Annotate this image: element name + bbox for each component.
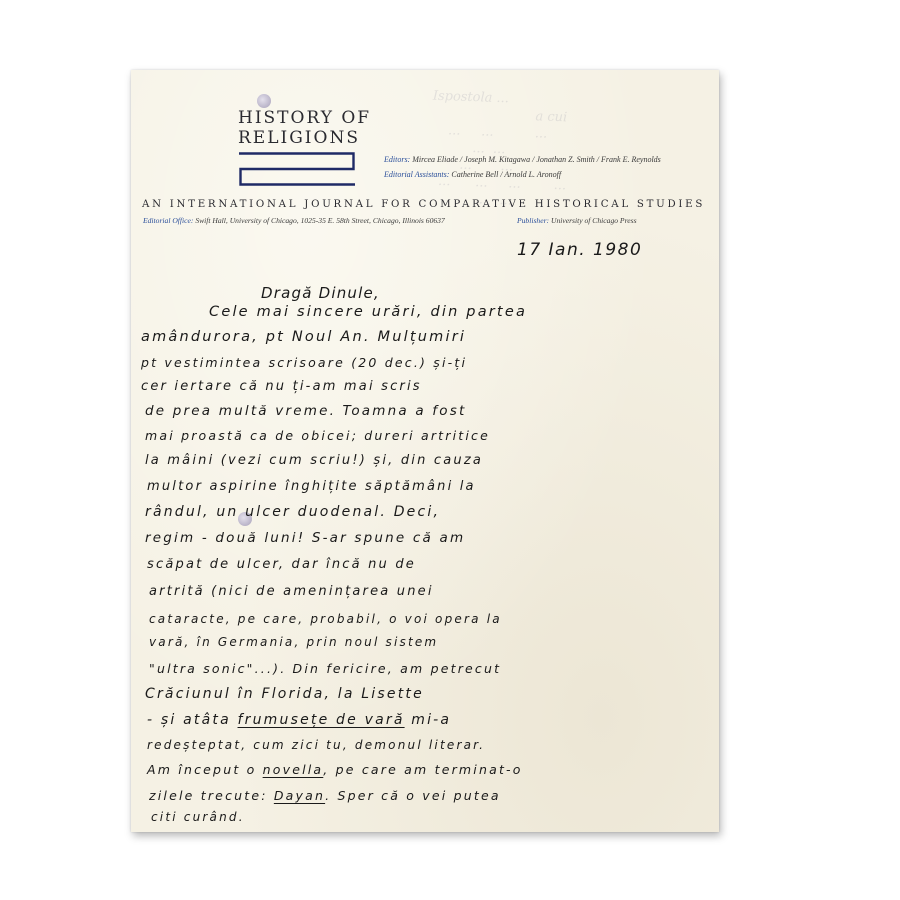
assistants-line: Editorial Assistants: Catherine Bell / A… — [384, 167, 661, 182]
assistants-label: Editorial Assistants: — [384, 170, 449, 179]
letter-line: Am început o novella, pe care am termina… — [147, 762, 523, 777]
journal-logo-icon — [239, 152, 355, 186]
journal-subtitle: AN INTERNATIONAL JOURNAL FOR COMPARATIVE… — [142, 199, 708, 210]
letter-line: Cele mai sincere urări, din partea — [209, 304, 527, 320]
letter-line: regim - două luni! S-ar spune că am — [145, 530, 465, 546]
letter-date: 17 Ian. 1980 — [517, 240, 642, 260]
letter-line: Crăciunul în Florida, la Lisette — [145, 686, 424, 702]
office-address: Swift Hall, University of Chicago, 1025-… — [195, 216, 444, 225]
editors-line: Editors: Mircea Eliade / Joseph M. Kitag… — [384, 152, 661, 167]
publisher-name: University of Chicago Press — [551, 216, 637, 225]
underlined-text: novella — [263, 762, 324, 777]
publisher: Publisher: University of Chicago Press — [517, 216, 637, 225]
underlined-text: frumusețe de vară — [238, 712, 405, 728]
office-label: Editorial Office: — [143, 216, 193, 225]
letter-line: rândul, un ulcer duodenal. Deci, — [145, 504, 440, 520]
assistants-names: Catherine Bell / Arnold L. Aronoff — [451, 170, 561, 179]
punch-hole — [257, 94, 271, 108]
underlined-text: Dayan — [274, 788, 325, 803]
letter-line: de prea multă vreme. Toamna a fost — [145, 403, 466, 419]
editors-label: Editors: — [384, 155, 410, 164]
journal-title-line-1: HISTORY OF — [238, 108, 371, 128]
letter-page: Ispostola ... a cui ... ... ... ... ... … — [131, 70, 719, 832]
letter-line: "ultra sonic"...). Din fericire, am petr… — [149, 661, 501, 676]
letter-line: zilele trecute: Dayan. Sper că o vei put… — [149, 788, 501, 803]
editors-names: Mircea Eliade / Joseph M. Kitagawa / Jon… — [412, 155, 661, 164]
letter-line: amândurora, pt Noul An. Mulțumiri — [141, 329, 466, 345]
letter-line: - și atâta frumusețe de vară mi-a — [147, 712, 451, 728]
letter-line: scăpat de ulcer, dar încă nu de — [147, 557, 416, 572]
letter-line: multor aspirine înghițite săptămâni la — [147, 479, 476, 494]
letter-line: la mâini (vezi cum scriu!) și, din cauza — [145, 453, 483, 468]
editors-block: Editors: Mircea Eliade / Joseph M. Kitag… — [384, 152, 661, 182]
letter-line: pt vestimintea scrisoare (20 dec.) și-ți — [141, 355, 467, 370]
letter-salutation: Dragă Dinule, — [261, 284, 380, 302]
letter-line: vară, în Germania, prin noul sistem — [149, 635, 438, 649]
letter-line: mai proastă ca de obicei; dureri artriti… — [145, 428, 490, 443]
letter-line: cataracte, pe care, probabil, o voi oper… — [149, 612, 502, 626]
letter-line: citi curând. — [151, 810, 245, 824]
bleed-through-writing: Ispostola ... a cui ... ... ... ... ... … — [429, 88, 569, 212]
letter-line: cer iertare că nu ți-am mai scris — [141, 379, 422, 394]
letter-line: redeșteptat, cum zici tu, demonul litera… — [147, 738, 485, 752]
journal-title: HISTORY OF RELIGIONS — [238, 108, 371, 148]
editorial-office: Editorial Office: Swift Hall, University… — [143, 216, 445, 225]
letter-line: artrită (nici de amenințarea unei — [149, 584, 434, 599]
journal-title-line-2: RELIGIONS — [238, 128, 371, 148]
publisher-label: Publisher: — [517, 216, 549, 225]
